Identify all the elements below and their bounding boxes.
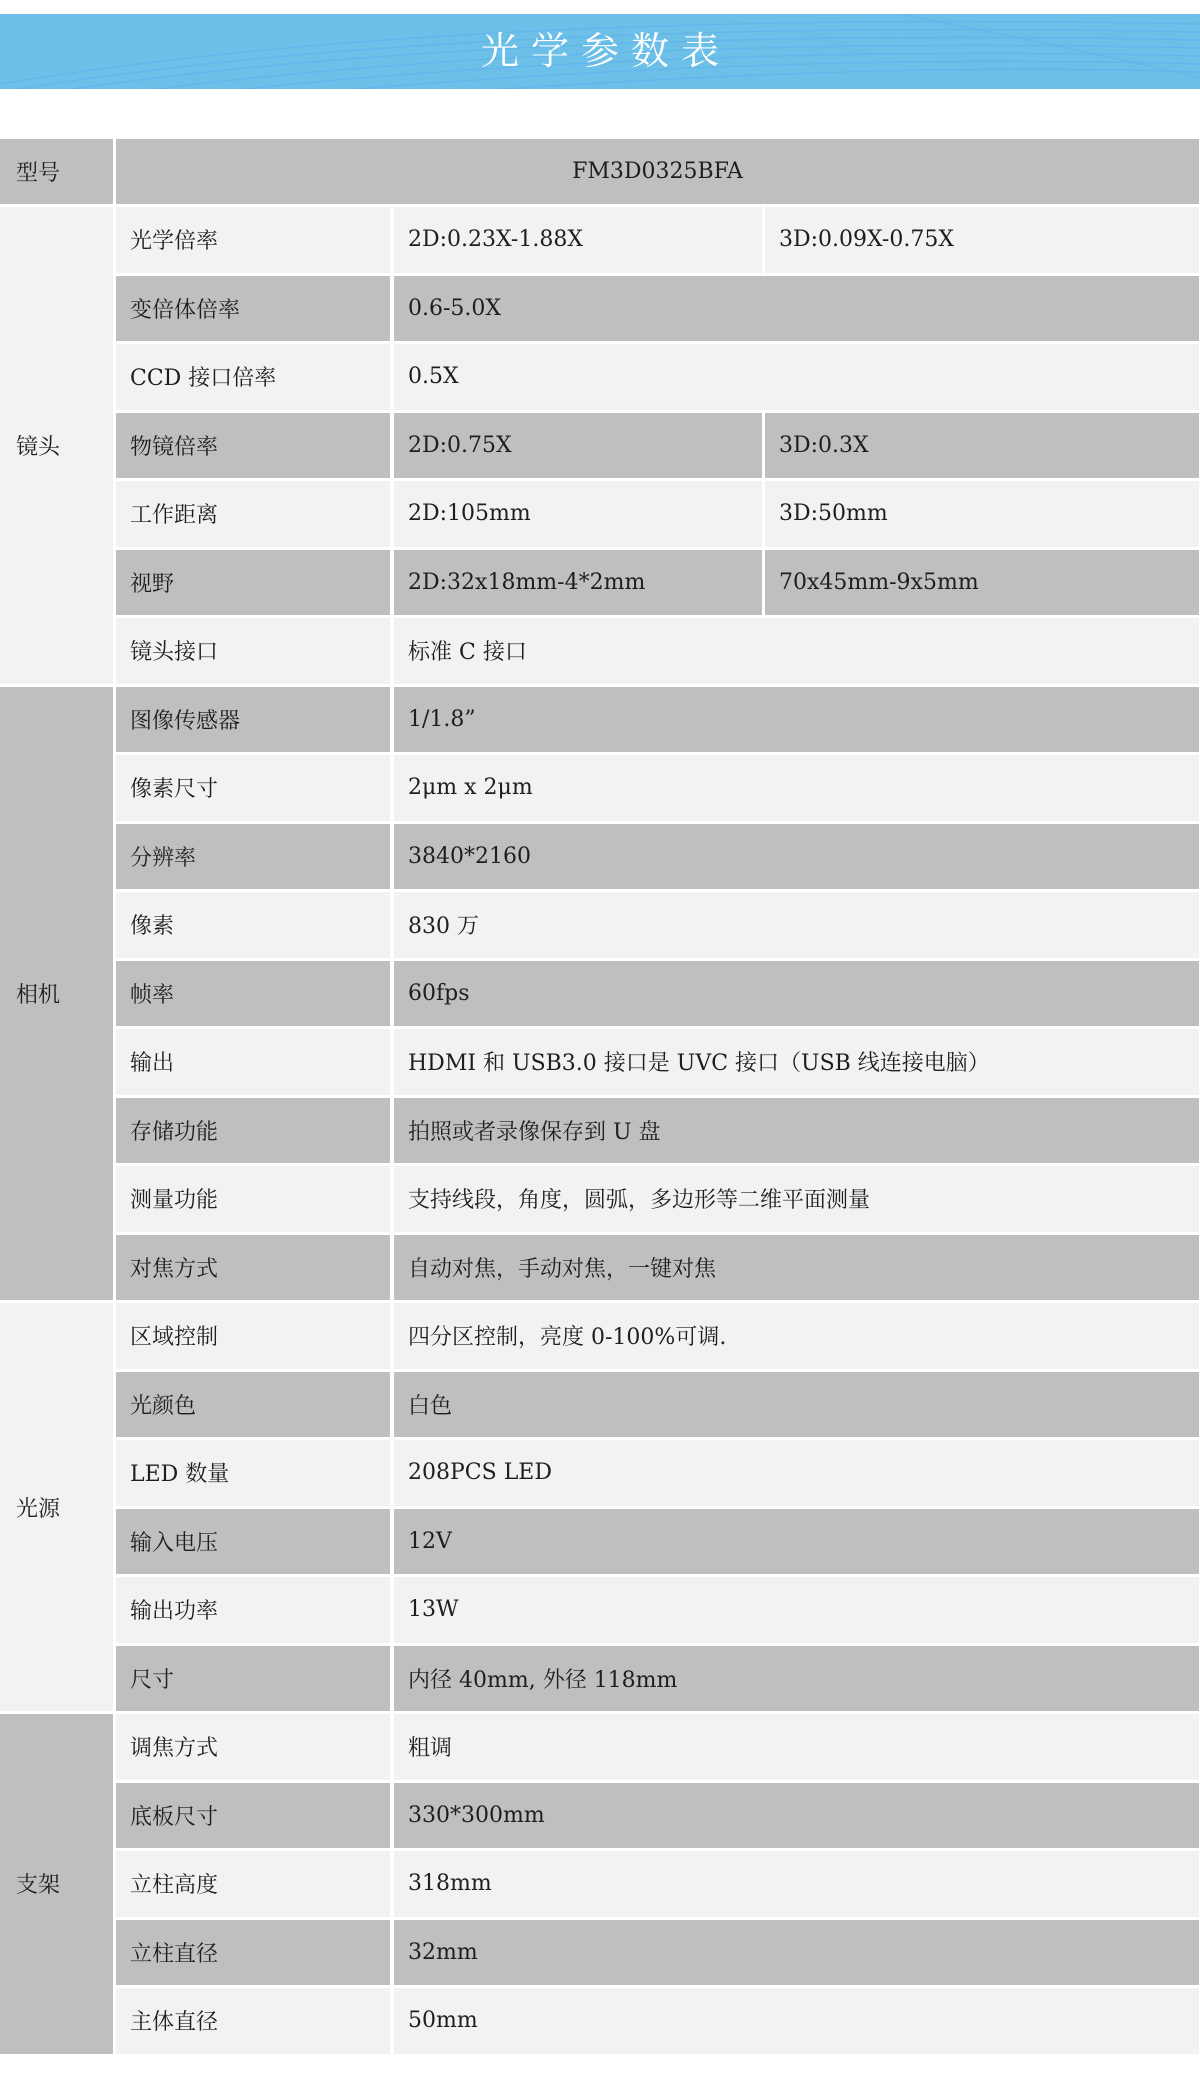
page-title: 光学参数表 xyxy=(0,14,1200,89)
value-2d: 2D:0.23X-1.88X xyxy=(394,207,762,273)
param-label: 调焦方式 xyxy=(116,1714,390,1780)
value-cell: 830 万 xyxy=(394,892,1199,958)
param-label: 帧率 xyxy=(116,961,390,1027)
value-cell: 拍照或者录像保存到 U 盘 xyxy=(394,1098,1199,1164)
param-label: 视野 xyxy=(116,550,390,616)
param-label: 区域控制 xyxy=(116,1303,390,1369)
param-label: 存储功能 xyxy=(116,1098,390,1164)
param-label: CCD 接口倍率 xyxy=(116,344,390,410)
value-cell: 3840*2160 xyxy=(394,824,1199,890)
value-3d: 3D:50mm xyxy=(765,481,1199,547)
param-label: 工作距离 xyxy=(116,481,390,547)
value-cell: 330*300mm xyxy=(394,1783,1199,1849)
param-label: 测量功能 xyxy=(116,1166,390,1232)
value-cell: 208PCS LED xyxy=(394,1440,1199,1506)
category-cell: 支架 xyxy=(0,1714,113,2054)
param-label: 变倍体倍率 xyxy=(116,276,390,342)
title-banner: 光学参数表 xyxy=(0,14,1200,89)
param-label: 分辨率 xyxy=(116,824,390,890)
value-cell: 318mm xyxy=(394,1851,1199,1917)
value-2d: 2D:32x18mm-4*2mm xyxy=(394,550,762,616)
param-label: 底板尺寸 xyxy=(116,1783,390,1849)
param-label: 镜头接口 xyxy=(116,618,390,684)
value-cell: 支持线段，角度，圆弧，多边形等二维平面测量 xyxy=(394,1166,1199,1232)
value-3d: 3D:0.09X-0.75X xyxy=(765,207,1199,273)
value-cell: 50mm xyxy=(394,1988,1199,2054)
value-cell: 60fps xyxy=(394,961,1199,1027)
param-label: 光学倍率 xyxy=(116,207,390,273)
param-label: 立柱直径 xyxy=(116,1920,390,1986)
value-cell: 0.5X xyxy=(394,344,1199,410)
value-cell: 内径 40mm, 外径 118mm xyxy=(394,1646,1199,1712)
value-3d: 3D:0.3X xyxy=(765,413,1199,479)
param-label: 输出 xyxy=(116,1029,390,1095)
param-label: 输入电压 xyxy=(116,1509,390,1575)
value-cell: 四分区控制，亮度 0-100%可调. xyxy=(394,1303,1199,1369)
value-cell: 2μm x 2μm xyxy=(394,755,1199,821)
category-cell: 镜头 xyxy=(0,207,113,684)
param-label: LED 数量 xyxy=(116,1440,390,1506)
param-label: 像素尺寸 xyxy=(116,755,390,821)
param-label: 立柱高度 xyxy=(116,1851,390,1917)
value-cell: 白色 xyxy=(394,1372,1199,1438)
value-cell: 0.6-5.0X xyxy=(394,276,1199,342)
value-cell: 粗调 xyxy=(394,1714,1199,1780)
model-value: FM3D0325BFA xyxy=(116,139,1199,204)
value-cell: 自动对焦，手动对焦，一键对焦 xyxy=(394,1235,1199,1301)
value-3d: 70x45mm-9x5mm xyxy=(765,550,1199,616)
value-cell: HDMI 和 USB3.0 接口是 UVC 接口（USB 线连接电脑） xyxy=(394,1029,1199,1095)
param-label: 像素 xyxy=(116,892,390,958)
value-cell: 1/1.8” xyxy=(394,687,1199,753)
param-label: 对焦方式 xyxy=(116,1235,390,1301)
param-label: 输出功率 xyxy=(116,1577,390,1643)
param-label: 光颜色 xyxy=(116,1372,390,1438)
category-cell: 相机 xyxy=(0,687,113,1301)
param-label: 尺寸 xyxy=(116,1646,390,1712)
value-cell: 13W xyxy=(394,1577,1199,1643)
value-cell: 12V xyxy=(394,1509,1199,1575)
param-label: 主体直径 xyxy=(116,1988,390,2054)
category-cell: 光源 xyxy=(0,1303,113,1711)
value-2d: 2D:0.75X xyxy=(394,413,762,479)
param-label: 物镜倍率 xyxy=(116,413,390,479)
param-label: 图像传感器 xyxy=(116,687,390,753)
value-cell: 32mm xyxy=(394,1920,1199,1986)
value-cell: 标准 C 接口 xyxy=(394,618,1199,684)
value-2d: 2D:105mm xyxy=(394,481,762,547)
model-label: 型号 xyxy=(0,139,113,204)
